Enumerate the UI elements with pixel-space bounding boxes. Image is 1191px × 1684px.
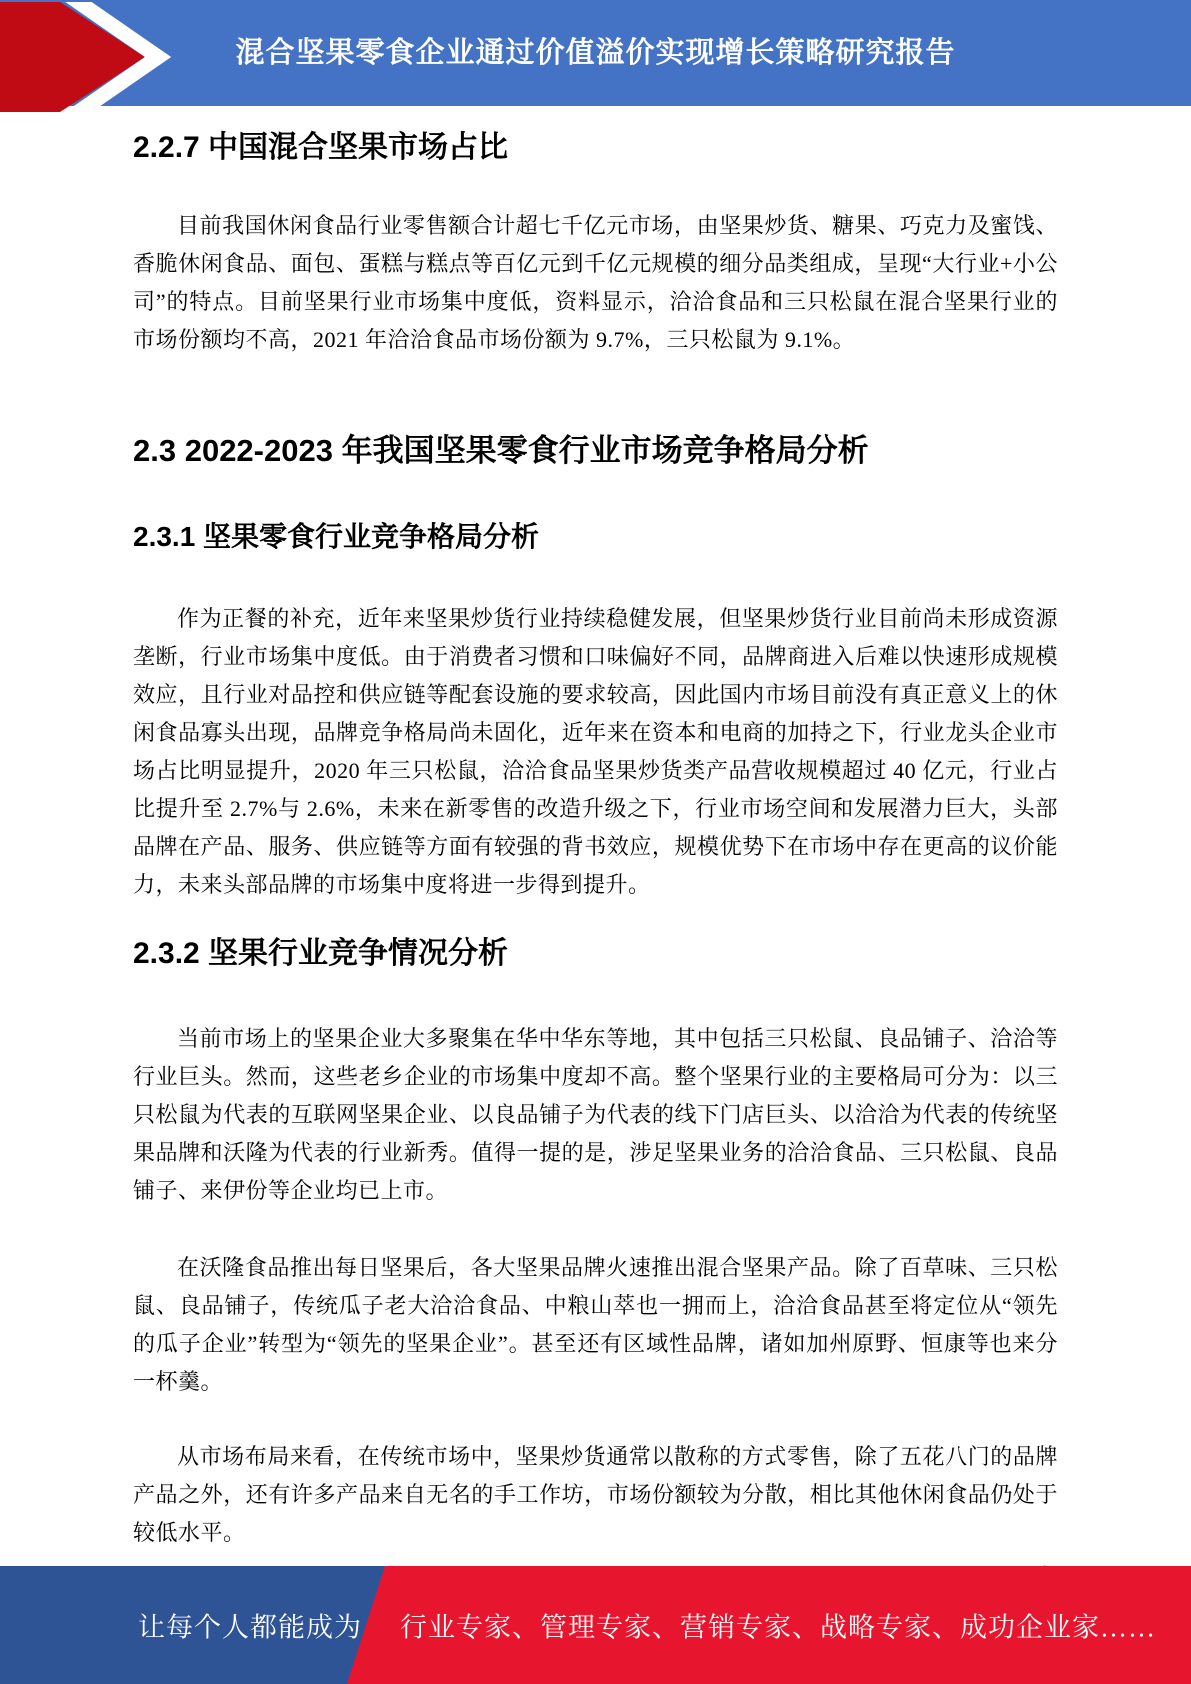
- footer-slogan-left: 让每个人都能成为: [138, 1606, 362, 1645]
- report-page: 混合坚果零食企业通过价值溢价实现增长策略研究报告 2.2.7 中国混合坚果市场占…: [0, 0, 1191, 1684]
- paragraph-competition-pattern: 作为正餐的补充，近年来坚果炒货行业持续稳健发展，但坚果炒货行业目前尚未形成资源垄…: [133, 600, 1058, 904]
- report-title: 混合坚果零食企业通过价值溢价实现增长策略研究报告: [0, 0, 1191, 100]
- paragraph-competition-situation-3: 从市场布局来看，在传统市场中，坚果炒货通常以散称的方式零售，除了五花八门的品牌产…: [133, 1438, 1058, 1552]
- document-body: 2.2.7 中国混合坚果市场占比 目前我国休闲食品行业零售额合计超七千亿元市场，…: [133, 106, 1058, 1590]
- paragraph-competition-situation-2: 在沃隆食品推出每日坚果后，各大坚果品牌火速推出混合坚果产品。除了百草味、三只松鼠…: [133, 1249, 1058, 1401]
- section-heading-2-3-1: 2.3.1 坚果零食行业竞争格局分析: [133, 521, 1058, 553]
- footer-slogan-right: 行业专家、管理专家、营销专家、战略专家、成功企业家……: [400, 1606, 1156, 1645]
- header-banner: 混合坚果零食企业通过价值溢价实现增长策略研究报告: [0, 0, 1191, 106]
- footer-bar: 让每个人都能成为 行业专家、管理专家、营销专家、战略专家、成功企业家……: [0, 1566, 1191, 1684]
- paragraph-competition-situation-1: 当前市场上的坚果企业大多聚集在华中华东等地，其中包括三只松鼠、良品铺子、洽洽等行…: [133, 1020, 1058, 1210]
- section-heading-2-3: 2.3 2022-2023 年我国坚果零食行业市场竞争格局分析: [133, 433, 1058, 469]
- paragraph-market-share: 目前我国休闲食品行业零售额合计超七千亿元市场，由坚果炒货、糖果、巧克力及蜜饯、香…: [133, 207, 1058, 359]
- section-heading-2-3-2: 2.3.2 坚果行业竞争情况分析: [133, 937, 1058, 971]
- section-heading-2-2-7: 2.2.7 中国混合坚果市场占比: [133, 131, 1058, 165]
